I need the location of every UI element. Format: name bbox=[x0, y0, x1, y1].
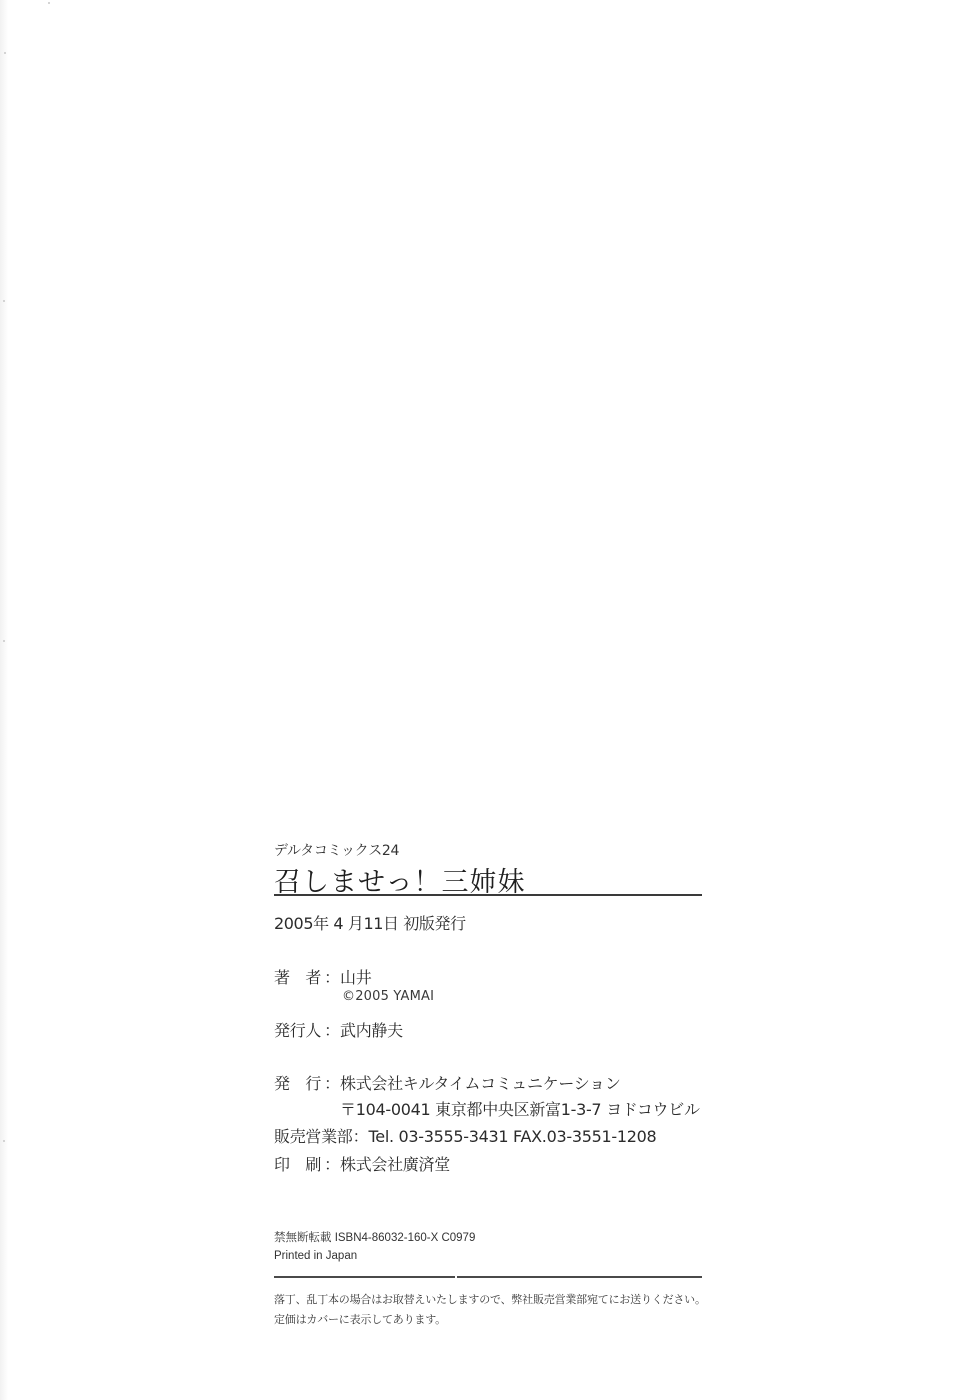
sales-row: 販売営業部：Tel. 03-3555-3431 FAX.03-3551-1208 bbox=[274, 1124, 656, 1147]
sales-label: 販売営業部 bbox=[274, 1124, 353, 1147]
title-underline bbox=[274, 894, 702, 896]
series-label: デルタコミックス24 bbox=[274, 840, 399, 860]
sales-contact: Tel. 03-3555-3431 FAX.03-3551-1208 bbox=[369, 1127, 657, 1146]
separator: ： bbox=[324, 1018, 340, 1041]
scan-speck bbox=[4, 52, 6, 54]
scan-speck bbox=[3, 300, 5, 302]
printer-row: 印 刷：株式会社廣済堂 bbox=[274, 1152, 450, 1175]
scan-edge-shadow bbox=[0, 0, 8, 1400]
scan-speck bbox=[3, 640, 5, 642]
scan-speck bbox=[48, 2, 50, 4]
printer-name: 株式会社廣済堂 bbox=[340, 1155, 450, 1174]
notice-divider-right bbox=[457, 1276, 702, 1278]
publisher-person-row: 発行人：武内静夫 bbox=[274, 1018, 403, 1041]
price-notice: 定価はカバーに表示してあります。 bbox=[274, 1311, 446, 1327]
publication-date: 2005年 4 月11日 初版発行 bbox=[274, 911, 466, 934]
author-name: 山井 bbox=[340, 968, 371, 987]
separator: ： bbox=[324, 1152, 340, 1175]
separator: ： bbox=[324, 1071, 340, 1094]
publisher-label: 発 行 bbox=[274, 1071, 324, 1094]
isbn-line: 禁無断転載 ISBN4-86032-160-X C0979 bbox=[274, 1229, 475, 1245]
replacement-notice: 落丁、乱丁本の場合はお取替えいたしますので、弊社販売営業部宛てにお送りください。 bbox=[274, 1291, 706, 1307]
author-row: 著 者：山井 bbox=[274, 965, 371, 988]
separator: ： bbox=[324, 965, 340, 988]
copyright-notice: ©2005 YAMAI bbox=[342, 989, 434, 1004]
publisher-address: 〒104-0041 東京都中央区新富1-3-7 ヨドコウビル bbox=[340, 1097, 700, 1120]
notice-divider-left bbox=[274, 1276, 455, 1278]
scan-speck bbox=[3, 1140, 5, 1142]
publisher-person-name: 武内静夫 bbox=[340, 1021, 403, 1040]
author-label: 著 者 bbox=[274, 965, 324, 988]
publisher-person-label: 発行人 bbox=[274, 1018, 324, 1041]
publisher-name: 株式会社キルタイムコミュニケーション bbox=[340, 1074, 621, 1093]
publisher-row: 発 行：株式会社キルタイムコミュニケーション bbox=[274, 1071, 621, 1094]
printed-in: Printed in Japan bbox=[274, 1250, 357, 1262]
separator: ： bbox=[353, 1124, 369, 1147]
printer-label: 印 刷 bbox=[274, 1152, 324, 1175]
